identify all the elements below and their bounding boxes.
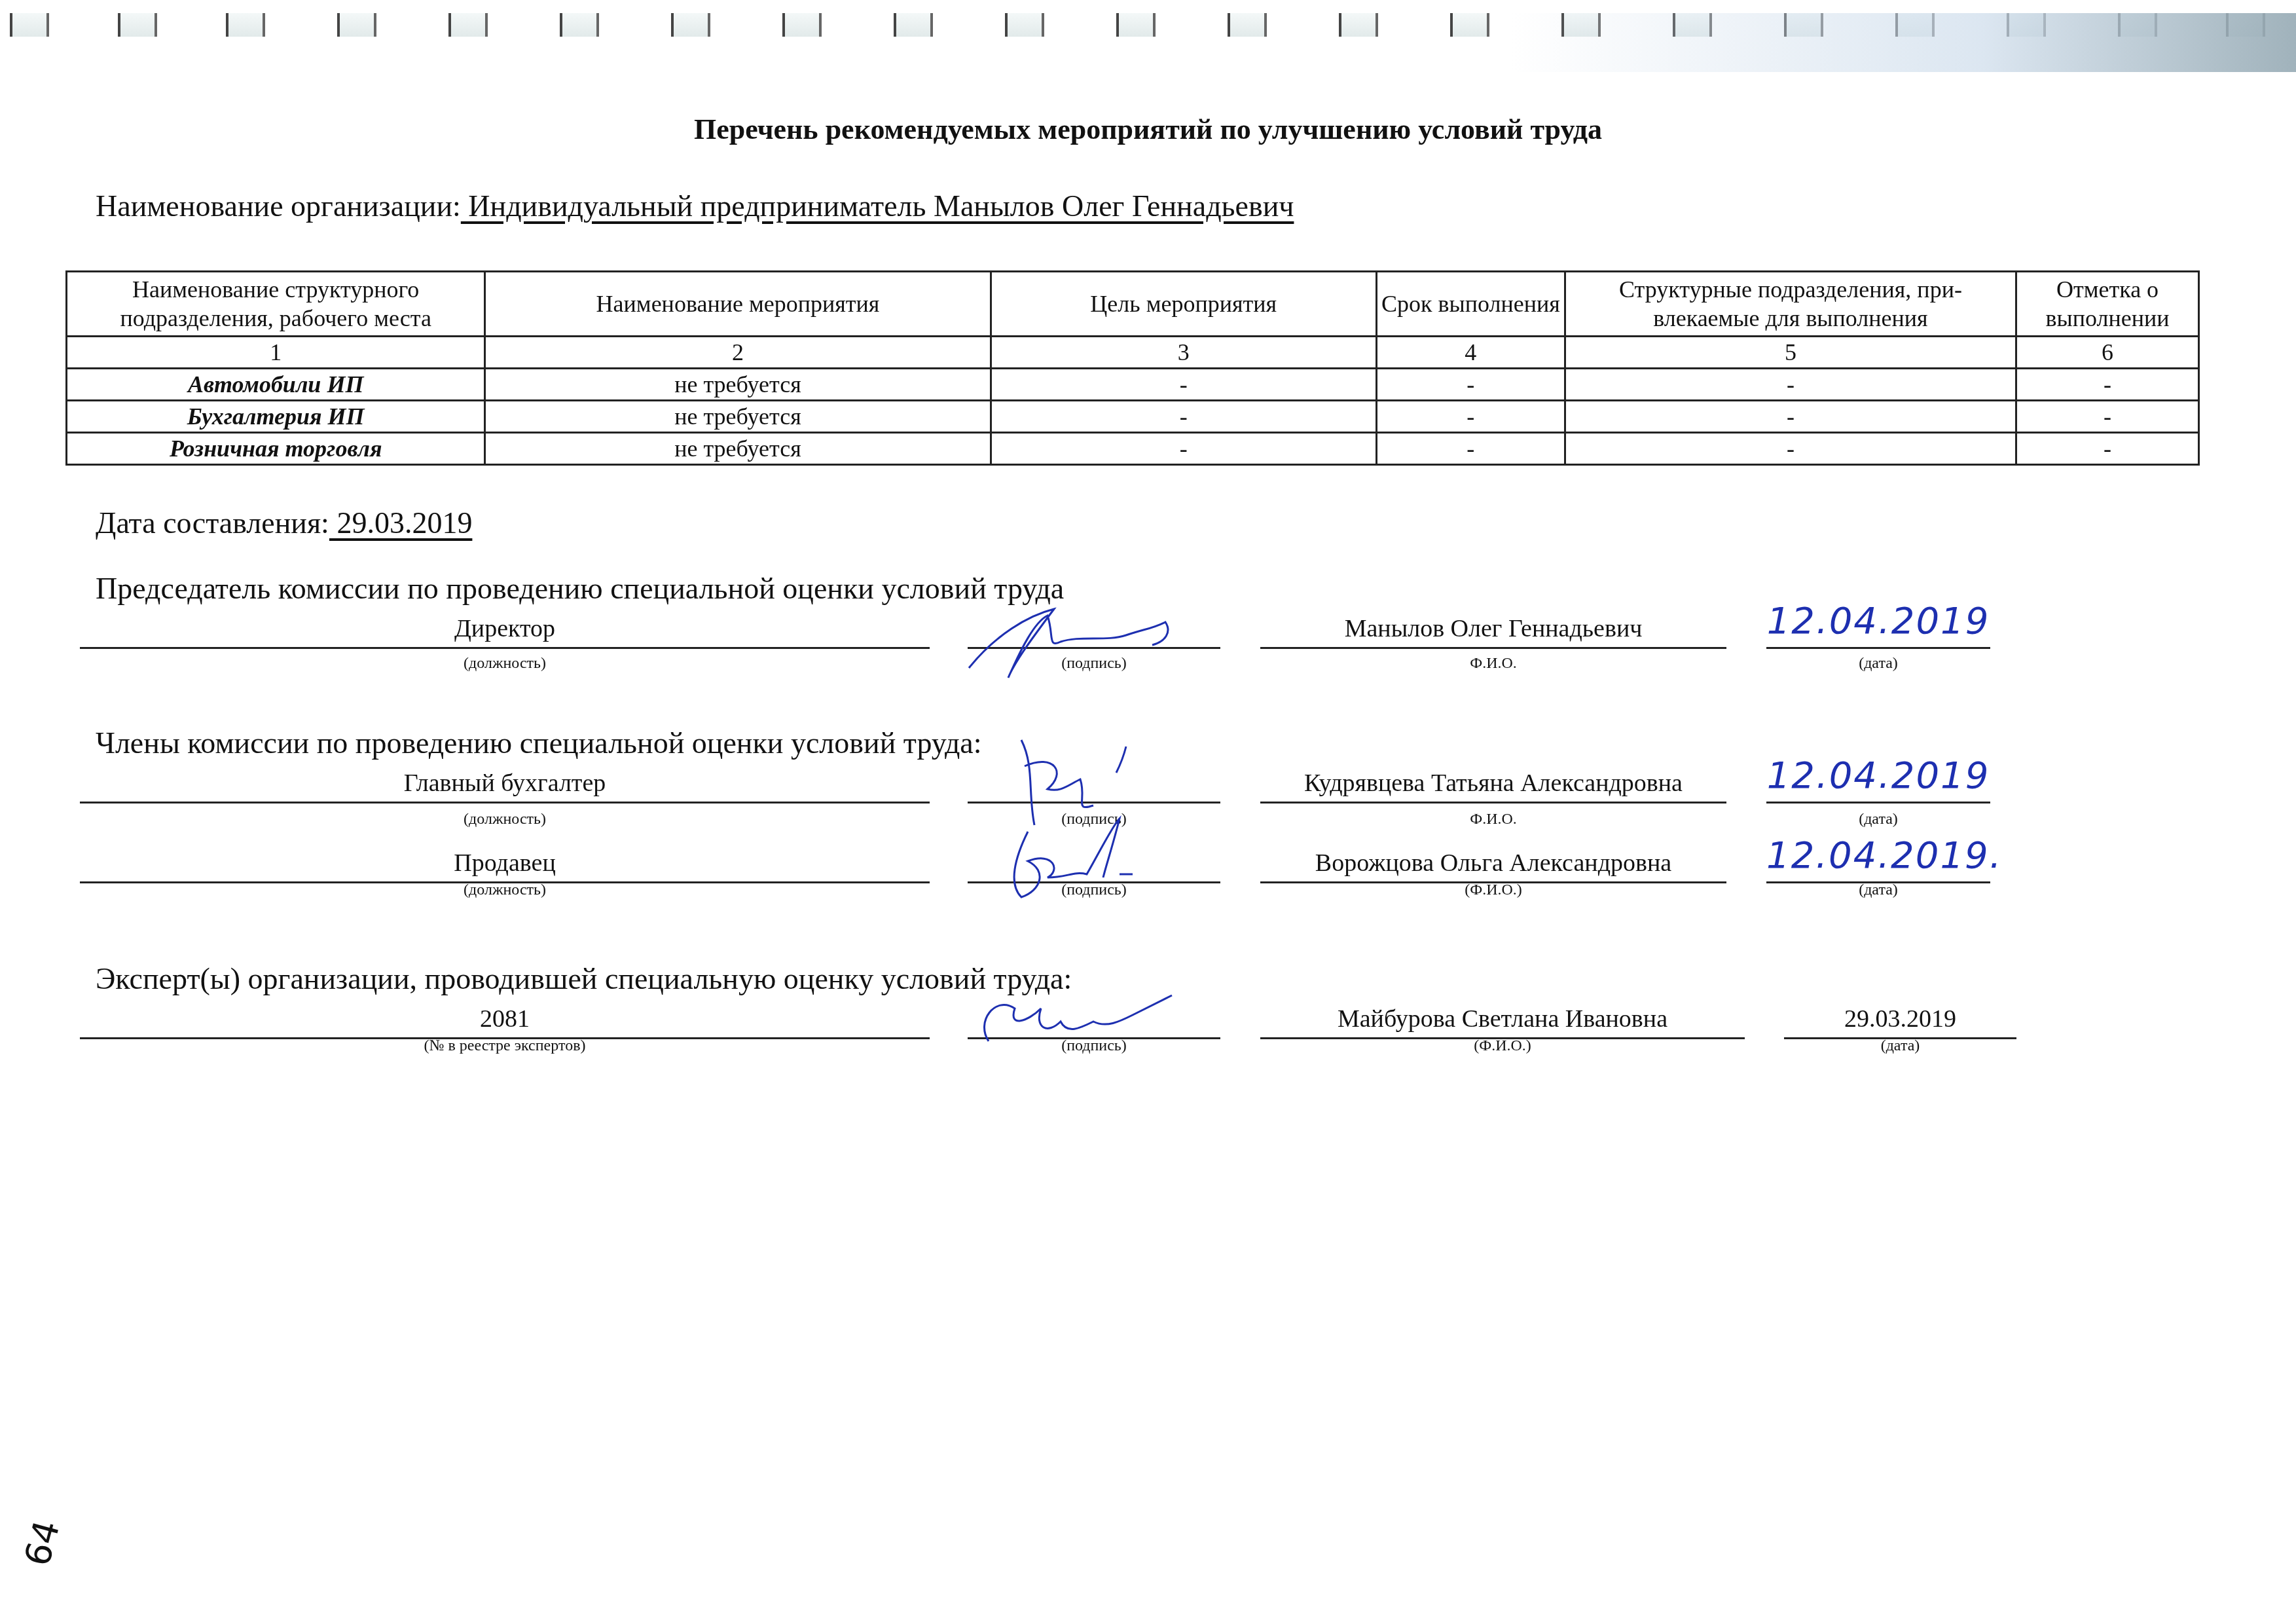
column-number-row: 1 2 3 4 5 6 xyxy=(67,337,2199,369)
goal: - xyxy=(991,433,1376,465)
expert-name: Майбурова Светлана Ивановна xyxy=(1260,1001,1745,1039)
involved-units: - xyxy=(1565,433,2016,465)
caption-position: (должность) xyxy=(80,811,930,828)
column-number: 1 xyxy=(67,337,485,369)
member-position: Главный бухгалтер xyxy=(80,765,930,803)
caption-date: (дата) xyxy=(1784,1037,2016,1055)
unit-name: Автомобили ИП xyxy=(67,369,485,401)
deadline: - xyxy=(1376,369,1565,401)
caption-signature: (подпись) xyxy=(968,1037,1220,1055)
chairman-name: Манылов Олег Геннадьевич xyxy=(1260,610,1726,649)
chairman-heading: Председатель комиссии по проведению спец… xyxy=(96,571,1064,606)
measure-name: не требуется xyxy=(485,401,991,433)
header-goal: Цель мероприятия xyxy=(991,272,1376,337)
column-number: 2 xyxy=(485,337,991,369)
table-header-row: Наименование структурного подразделения,… xyxy=(67,272,2199,337)
member-name: Ворожцова Ольга Александровна xyxy=(1260,845,1726,883)
goal: - xyxy=(991,401,1376,433)
chairman-signature-icon xyxy=(956,596,1205,688)
column-number: 3 xyxy=(991,337,1376,369)
caption-signature: (подпись) xyxy=(968,881,1220,899)
completion-mark: - xyxy=(2016,369,2199,401)
column-number: 4 xyxy=(1376,337,1565,369)
table-row: Бухгалтерия ИП не требуется - - - - xyxy=(67,401,2199,433)
deadline: - xyxy=(1376,433,1565,465)
unit-name: Розничная торговля xyxy=(67,433,485,465)
measure-name: не требуется xyxy=(485,369,991,401)
caption-fio: Ф.И.О. xyxy=(1260,811,1726,828)
caption-position: (должность) xyxy=(80,881,930,899)
goal: - xyxy=(991,369,1376,401)
header-completion-mark: Отметка о выполнении xyxy=(2016,272,2199,337)
column-number: 5 xyxy=(1565,337,2016,369)
chairman-position: Директор xyxy=(80,610,930,649)
member-name: Кудрявцева Татьяна Александровна xyxy=(1260,765,1726,803)
involved-units: - xyxy=(1565,401,2016,433)
document-title: Перечень рекомендуемых мероприятий по ул… xyxy=(0,113,2296,146)
column-number: 6 xyxy=(2016,337,2199,369)
measure-name: не требуется xyxy=(485,433,991,465)
table-row: Розничная торговля не требуется - - - - xyxy=(67,433,2199,465)
caption-date: (дата) xyxy=(1766,655,1990,673)
header-unit: Наименование структурного подразделения,… xyxy=(67,272,485,337)
members-heading: Члены комиссии по проведению специальной… xyxy=(96,726,982,760)
caption-position: (должность) xyxy=(80,655,930,673)
compiled-date-value: 29.03.2019 xyxy=(329,506,473,540)
handwritten-page-number: 64 xyxy=(16,1516,68,1570)
unit-name: Бухгалтерия ИП xyxy=(67,401,485,433)
expert-registry-number: 2081 xyxy=(80,1001,930,1039)
caption-fio: (Ф.И.О.) xyxy=(1260,1037,1745,1055)
organization-line: Наименование организации: Индивидуальный… xyxy=(96,189,1294,223)
compiled-date-line: Дата составления: 29.03.2019 xyxy=(96,506,472,540)
measures-table: Наименование структурного подразделения,… xyxy=(65,270,2200,466)
organization-value: Индивидуальный предприниматель Манылов О… xyxy=(461,189,1294,223)
header-measure: Наименование мероприятия xyxy=(485,272,991,337)
deadline: - xyxy=(1376,401,1565,433)
caption-date: (дата) xyxy=(1766,881,1990,899)
caption-fio: Ф.И.О. xyxy=(1260,655,1726,673)
member-date: 12.04.2019 xyxy=(1766,750,1990,803)
caption-registry: (№ в реестре экспертов) xyxy=(80,1037,930,1055)
table-row: Автомобили ИП не требуется - - - - xyxy=(67,369,2199,401)
involved-units: - xyxy=(1565,369,2016,401)
member-position: Продавец xyxy=(80,845,930,883)
completion-mark: - xyxy=(2016,401,2199,433)
binding-holes xyxy=(0,0,2296,72)
completion-mark: - xyxy=(2016,433,2199,465)
chairman-date: 12.04.2019 xyxy=(1766,596,1990,649)
caption-fio: (Ф.И.О.) xyxy=(1260,881,1726,899)
header-deadline: Срок выполнения xyxy=(1376,272,1565,337)
expert-date: 29.03.2019 xyxy=(1784,1001,2016,1039)
member-date: 12.04.2019. xyxy=(1766,830,1990,883)
caption-date: (дата) xyxy=(1766,811,1990,828)
compiled-date-label: Дата составления: xyxy=(96,506,329,540)
expert-heading: Эксперт(ы) организации, проводившей спец… xyxy=(96,961,1072,996)
caption-signature: (подпись) xyxy=(968,655,1220,673)
organization-label: Наименование организации: xyxy=(96,189,461,223)
header-involved-units: Структурные подразделения, при-влекаемые… xyxy=(1565,272,2016,337)
